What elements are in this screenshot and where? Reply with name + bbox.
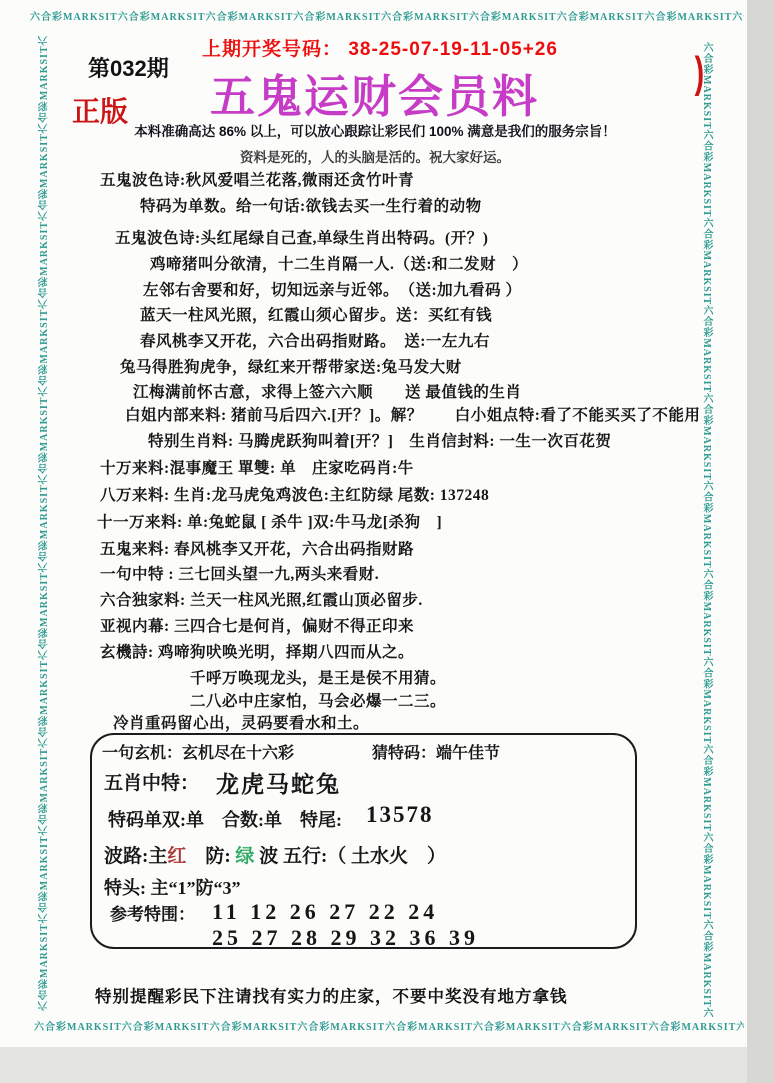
issue-number: 第032期 xyxy=(88,52,169,83)
wave-mid: 防: xyxy=(186,846,235,867)
tip-line: 左邻右舍要和好，切知远亲与近邻。 （送:加九看码 ） xyxy=(143,278,522,300)
reference-range-label: 参考特围： xyxy=(110,900,195,925)
special-head-line: 特头: 主“1”防“3” xyxy=(104,874,241,900)
tip-line: 五鬼波色诗:头红尾绿自己查,单绿生肖出特码。(开？) xyxy=(115,226,488,248)
tip-line: 十万来料:混事魔王 單雙: 单 庄家吃码肖:牛 xyxy=(100,456,414,478)
tip-line: 五鬼波色诗:秋风爱唱兰花落,微雨还贪竹叶青 xyxy=(100,168,414,190)
watermark-bottom: 六合彩MARKSIT六合彩MARKSIT六合彩MARKSIT六合彩MARKSIT… xyxy=(34,1018,744,1033)
tip-line: 亚视内幕: 三四合七是何肖，偏财不得正印来 xyxy=(100,614,414,636)
tip-line: 十一万来料: 单:兔蛇鼠 [ 杀牛 ]双:牛马龙[杀狗 ] xyxy=(97,510,442,532)
wave-pre: 波路:主 xyxy=(104,846,167,867)
goodluck-slogan: 资料是死的，人的头脑是活的。祝大家好运。 xyxy=(60,146,690,166)
tip-line: 冷肖重码留心出，灵码要看水和土。 xyxy=(113,711,369,733)
warning-footer: 特别提醒彩民下注请找有实力的庄家，不要中奖没有地方拿钱 xyxy=(95,983,568,1007)
watermark-left: 六合彩MARKSIT六合彩MARKSIT六合彩MARKSIT六合彩MARKSIT… xyxy=(37,36,52,1011)
tip-line: 白姐内部来料: 猪前马后四六.[开？]。解？ 白小姐点特:看了不能买买了不能用 xyxy=(125,403,700,425)
wave-post: 波 五行:（ 土水火 ） xyxy=(254,846,446,867)
guess-special: 猜特码：端午佳节 xyxy=(372,740,500,763)
tip-line: 五鬼来料: 春风桃李又开花，六合出码指财路 xyxy=(100,537,414,559)
tip-line: 八万来料: 生肖:龙马虎兔鸡波色:主红防绿 尾数: 137248 xyxy=(100,483,489,505)
five-zodiac-label: 五肖中特： xyxy=(104,768,199,795)
page-title: 五鬼运财会员料 xyxy=(210,60,539,125)
leaflet-page: 六合彩MARKSIT六合彩MARKSIT六合彩MARKSIT六合彩MARKSIT… xyxy=(0,0,747,1047)
tip-line: 江梅满前怀古意，求得上签六六顺 送 最值钱的生肖 xyxy=(133,380,521,402)
wave-path-line: 波路:主红 防: 绿 波 五行:（ 土水火 ） xyxy=(104,841,446,868)
tip-line: 春风桃李又开花，六合出码指财路。 送:一左九右 xyxy=(140,329,490,351)
tip-line: 二八必中庄家怕，马会必爆一二三。 xyxy=(190,689,446,711)
tip-line: 兔马得胜狗虎争，绿红来开帮带家送:兔马发大财 xyxy=(120,355,462,377)
tip-line: 一句中特 : 三七回头望一九,两头来看财. xyxy=(100,562,379,584)
leaflet-scan: 六合彩MARKSIT六合彩MARKSIT六合彩MARKSIT六合彩MARKSIT… xyxy=(0,0,774,1083)
wave-red: 红 xyxy=(167,846,186,867)
watermark-top: 六合彩MARKSIT六合彩MARKSIT六合彩MARKSIT六合彩MARKSIT… xyxy=(30,8,744,23)
reference-numbers-row1: 11 12 26 27 22 24 xyxy=(212,899,438,925)
mystery-phrase: 一句玄机：玄机尽在十六彩 xyxy=(102,740,294,763)
accuracy-slogan: 本料准确高达 86% 以上，可以放心跟踪让彩民们 100% 满意是我们的服务宗旨… xyxy=(60,120,690,140)
tip-line: 六合独家料: 兰天一柱风光照,红霞山顶必留步. xyxy=(100,588,423,610)
five-zodiac-value: 龙虎马蛇兔 xyxy=(216,766,341,799)
tip-line: 鸡啼猪叫分欲清，十二生肖隔一人.（送:和二发财 ） xyxy=(150,252,528,274)
tip-line: 千呼万唤现龙头，是王是侯不用猜。 xyxy=(190,666,446,688)
scan-edge-right xyxy=(747,0,774,1083)
red-bracket-mark: ) xyxy=(695,48,705,98)
tip-line: 特码为单数。给一句话:欲钱去买一生行着的动物 xyxy=(140,194,482,216)
tip-line: 特别生肖料: 马腾虎跃狗叫着[开？] 生肖信封料: 一生一次百花贺 xyxy=(148,429,611,451)
special-tail-numbers: 13578 xyxy=(366,802,434,828)
tip-line: 蓝天一柱风光照，红霞山须心留步。送：买红有钱 xyxy=(140,303,492,325)
wave-green: 绿 xyxy=(235,846,254,867)
watermark-right: 六合彩MARKSIT六合彩MARKSIT六合彩MARKSIT六合彩MARKSIT… xyxy=(699,42,714,1017)
odd-even-line: 特码单双:单 合数:单 特尾: xyxy=(108,806,342,832)
tip-line: 玄機詩: 鸡啼狗吠唤光明，择期八四而从之。 xyxy=(100,640,414,662)
scan-edge-bottom xyxy=(0,1047,747,1083)
reference-numbers-row2: 25 27 28 29 32 36 39 xyxy=(212,925,479,951)
